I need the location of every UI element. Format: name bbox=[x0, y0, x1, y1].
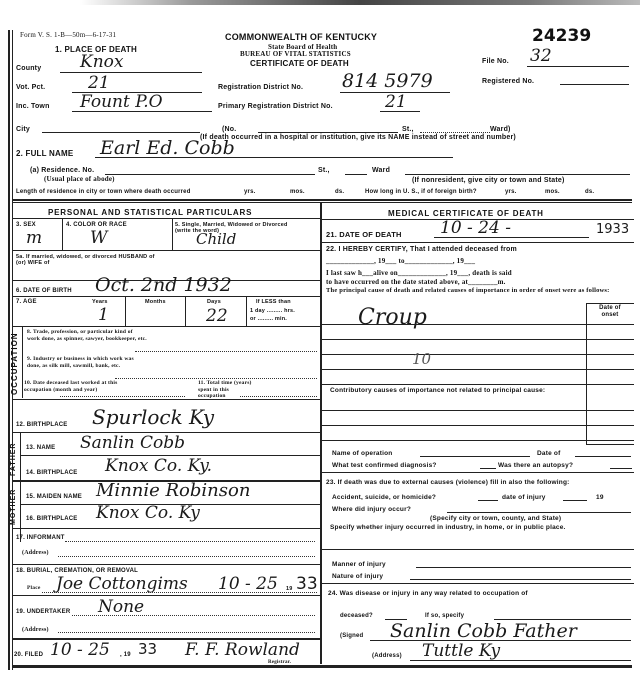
date-of-death-line bbox=[434, 237, 589, 238]
full-name-line bbox=[95, 157, 453, 158]
cause-line-2 bbox=[322, 339, 634, 340]
residence-sub-label: (Usual place of abode) bbox=[44, 175, 115, 183]
last-saw-line: I last saw h___alive on_____________, 19… bbox=[326, 269, 512, 277]
length-mos: mos. bbox=[290, 189, 305, 195]
test-line bbox=[480, 468, 496, 469]
age-divider-2 bbox=[185, 296, 186, 326]
header-certificate-title: CERTIFICATE OF DEATH bbox=[250, 59, 349, 68]
personal-heading: PERSONAL AND STATISTICAL PARTICULARS bbox=[48, 208, 252, 217]
length-yrs: yrs. bbox=[244, 189, 255, 195]
date-of-injury-line bbox=[563, 500, 587, 501]
deceased-label: deceased? bbox=[340, 613, 373, 619]
stamp-number: 24239 bbox=[532, 26, 591, 46]
burial-place-label: Place bbox=[27, 585, 41, 591]
cause-line-4 bbox=[322, 369, 634, 370]
us-mos: mos. bbox=[545, 189, 560, 195]
industry-line bbox=[115, 378, 317, 379]
dob-label: 6. DATE OF BIRTH bbox=[16, 288, 72, 294]
burial-place-value: Joe Cottongims bbox=[56, 574, 188, 594]
signed-label: (Signed bbox=[340, 633, 363, 639]
birthplace-label: 12. BIRTHPLACE bbox=[16, 422, 67, 428]
cause-note: 10 bbox=[412, 350, 431, 368]
manner-of-injury-line bbox=[416, 567, 631, 568]
external-causes-label: 23. If death was due to external causes … bbox=[326, 479, 631, 486]
vot-pct-value: 21 bbox=[88, 73, 110, 93]
principal-cause-label: The principal cause of death and related… bbox=[326, 287, 626, 294]
age-divider-1 bbox=[125, 296, 126, 326]
trade-label: 8. Trade, profession, or particular kind… bbox=[27, 329, 147, 342]
father-side-label: FATHER bbox=[10, 443, 17, 476]
us-ds: ds. bbox=[585, 189, 594, 195]
inc-town-value: Fount P.O bbox=[80, 92, 163, 112]
med-row-line-1 bbox=[322, 242, 634, 243]
mother-birthplace-value: Knox Co. Ky bbox=[96, 503, 200, 523]
registered-no-label: Registered No. bbox=[482, 78, 534, 85]
operation-label: Name of operation bbox=[332, 450, 392, 457]
age-divider-3 bbox=[246, 296, 247, 326]
row-line-4 bbox=[12, 326, 320, 327]
test-label: What test confirmed diagnosis? bbox=[332, 462, 437, 469]
burial-year-value: 33 bbox=[296, 574, 318, 594]
file-no-label: File No. bbox=[482, 58, 509, 65]
contributory-line-2 bbox=[322, 425, 634, 426]
foreign-birth-label: How long in U. S., if of foreign birth? bbox=[365, 189, 477, 195]
less-than-label: If LESS than bbox=[256, 299, 291, 305]
father-birthplace-value: Knox Co. Ky. bbox=[105, 456, 212, 476]
parents-divider bbox=[20, 432, 21, 542]
med-row-line-3 bbox=[322, 549, 634, 550]
undertaker-address-label: (Address) bbox=[22, 627, 49, 633]
manner-of-injury-label: Manner of injury bbox=[332, 561, 386, 568]
med-row-line-2 bbox=[322, 472, 634, 473]
autopsy-line bbox=[610, 468, 632, 469]
where-injury-line bbox=[447, 512, 631, 513]
occurred-line: to have occurred on the date stated abov… bbox=[326, 278, 506, 286]
days-label: Days bbox=[207, 299, 221, 305]
vot-pct-label: Vot. Pct. bbox=[16, 84, 45, 91]
informant-label: 17. INFORMANT bbox=[16, 535, 65, 541]
county-label: County bbox=[16, 65, 41, 72]
contributory-label: Contributory causes of importance not re… bbox=[330, 387, 570, 394]
county-value: Knox bbox=[80, 52, 123, 72]
informant-line bbox=[65, 541, 315, 542]
county-line bbox=[60, 72, 202, 73]
city-label: City bbox=[16, 126, 30, 133]
occupation-divider bbox=[22, 326, 23, 398]
father-name-label: 13. NAME bbox=[26, 445, 55, 451]
informant-address-line bbox=[58, 556, 315, 557]
total-time-line bbox=[240, 396, 317, 397]
from-to-line: _____________, 19___ to_____________, 19… bbox=[326, 257, 475, 265]
header-bureau: BUREAU OF VITAL STATISTICS bbox=[240, 50, 351, 58]
less-than-min: or ......... min. bbox=[250, 316, 287, 322]
informant-address-label: (Address) bbox=[22, 550, 49, 556]
onset-bottom-line bbox=[586, 444, 634, 445]
undertaker-line bbox=[72, 615, 315, 616]
full-name-value: Earl Ed. Cobb bbox=[100, 137, 235, 159]
date-of-death-value: 10 - 24 - bbox=[440, 218, 511, 238]
burial-date-value: 10 - 25 bbox=[218, 574, 278, 594]
signed-value: Sanlin Cobb Father bbox=[390, 620, 577, 642]
accident-line bbox=[478, 500, 498, 501]
autopsy-label: Was there an autopsy? bbox=[498, 462, 573, 469]
personal-heading-line bbox=[12, 218, 320, 219]
center-divider bbox=[320, 202, 322, 664]
mother-side-label: MOTHER bbox=[10, 489, 17, 525]
if-so-label: If so, specify bbox=[425, 613, 464, 619]
occupation-related-label: 24. Was disease or injury in any way rel… bbox=[328, 590, 528, 597]
father-name-value: Sanlin Cobb bbox=[80, 433, 185, 453]
filed-date-value: 10 - 25 bbox=[50, 640, 110, 660]
city-no-line bbox=[258, 132, 398, 133]
less-than-day: 1 day ......... hrs. bbox=[250, 308, 295, 314]
dob-value: Oct. 2nd 1932 bbox=[95, 274, 232, 296]
signed-line bbox=[370, 640, 631, 641]
marital-value: Child bbox=[196, 230, 236, 248]
specify-injury-label: Specify whether injury occurred in indus… bbox=[330, 524, 630, 531]
form-number: Form V. S. 1-B—50m—6-17-31 bbox=[20, 31, 116, 39]
primary-registration-value: 21 bbox=[385, 92, 407, 112]
scan-edge-shadow bbox=[80, 0, 640, 5]
date-of-onset-label: Date of onset bbox=[592, 305, 628, 318]
contributory-line-1 bbox=[322, 410, 634, 411]
signer-address-line bbox=[410, 660, 631, 661]
section-divider-2 bbox=[12, 202, 632, 203]
row-line-5 bbox=[12, 399, 320, 400]
primary-registration-label: Primary Registration District No. bbox=[218, 103, 333, 110]
nature-of-injury-line bbox=[410, 579, 631, 580]
race-value: W bbox=[90, 228, 107, 248]
registration-district-value: 814 5979 bbox=[342, 70, 433, 92]
full-name-label: 2. FULL NAME bbox=[16, 149, 73, 158]
filed-year-prefix: , 19 bbox=[120, 652, 131, 658]
filed-year-value: 33 bbox=[138, 640, 157, 658]
months-label: Months bbox=[145, 299, 166, 305]
sex-value: m bbox=[26, 228, 42, 248]
row-line-1 bbox=[12, 250, 320, 251]
inc-town-label: Inc. Town bbox=[16, 103, 50, 110]
days-value: 22 bbox=[206, 306, 228, 326]
years-value: 1 bbox=[98, 305, 109, 325]
city-st-label: St., bbox=[402, 126, 414, 133]
undertaker-label: 19. UNDERTAKER bbox=[16, 609, 70, 615]
race-divider bbox=[172, 218, 173, 250]
undertaker-address-line bbox=[58, 632, 315, 633]
nature-of-injury-label: Nature of injury bbox=[332, 573, 383, 580]
row-line-12 bbox=[12, 595, 320, 596]
burial-place-line bbox=[42, 592, 317, 593]
residence-line bbox=[105, 174, 315, 175]
residence-st-label: St., bbox=[318, 167, 330, 174]
certify-label: 22. I HEREBY CERTIFY, That I attended de… bbox=[326, 246, 517, 253]
residence-ward-line bbox=[405, 174, 630, 175]
residence-label: (a) Residence. No. bbox=[30, 167, 94, 174]
undertaker-value: None bbox=[98, 597, 144, 617]
mother-maiden-value: Minnie Robinson bbox=[96, 480, 250, 501]
row-line-10 bbox=[12, 528, 320, 529]
accident-label: Accident, suicide, or homicide? bbox=[332, 494, 436, 501]
length-ds: ds. bbox=[335, 189, 344, 195]
date-of-death-year: 1933 bbox=[596, 222, 629, 237]
onset-top-line bbox=[586, 303, 634, 304]
last-worked-label: 10. Date deceased last worked at this oc… bbox=[24, 380, 134, 393]
operation-date-label: Date of bbox=[537, 450, 560, 457]
cause-of-death-value: Croup bbox=[358, 305, 427, 330]
birthplace-value: Spurlock Ky bbox=[92, 405, 214, 429]
row-line-11 bbox=[12, 564, 320, 565]
nonresident-note: (If nonresident, give city or town and S… bbox=[412, 177, 565, 184]
file-no-line bbox=[527, 66, 629, 67]
header-commonwealth: COMMONWEALTH OF KENTUCKY bbox=[225, 32, 377, 42]
father-birthplace-label: 14. BIRTHPLACE bbox=[26, 470, 77, 476]
industry-label: 9. Industry or business in which work wa… bbox=[27, 356, 137, 369]
mother-birthplace-label: 16. BIRTHPLACE bbox=[26, 516, 77, 522]
trade-line bbox=[135, 351, 317, 352]
row-line-3 bbox=[12, 296, 320, 297]
cause-line-1 bbox=[322, 324, 634, 325]
occupation-side-label: OCCUPATION bbox=[10, 332, 19, 395]
bottom-border bbox=[12, 665, 632, 668]
date-of-injury-label: date of injury bbox=[502, 494, 546, 501]
contributory-line-3 bbox=[322, 440, 634, 441]
city-ward-line bbox=[420, 132, 490, 133]
length-of-residence-label: Length of residence in city or town wher… bbox=[16, 189, 191, 195]
primary-registration-line bbox=[380, 111, 420, 112]
spouse-label: 5a. If married, widowed, or divorced HUS… bbox=[16, 254, 156, 266]
age-label: 7. AGE bbox=[16, 299, 37, 305]
operation-line bbox=[420, 456, 530, 457]
residence-ward-label: Ward bbox=[372, 167, 390, 174]
city-ward-label: Ward) bbox=[490, 126, 511, 133]
cause-line-3 bbox=[322, 354, 634, 355]
residence-st-line bbox=[345, 174, 367, 175]
file-no-value: 32 bbox=[530, 46, 552, 66]
inc-town-line bbox=[72, 111, 212, 112]
filed-label: 20. FILED bbox=[14, 652, 43, 658]
us-yrs: yrs. bbox=[505, 189, 516, 195]
where-injury-label: Where did injury occur? bbox=[332, 506, 411, 513]
operation-date-line bbox=[575, 456, 631, 457]
registration-district-label: Registration District No. bbox=[218, 84, 303, 91]
mother-maiden-label: 15. MAIDEN NAME bbox=[26, 494, 82, 500]
med-row-line-4 bbox=[322, 583, 634, 584]
cause-line-5 bbox=[322, 384, 634, 385]
medical-heading: MEDICAL CERTIFICATE OF DEATH bbox=[388, 209, 544, 218]
sex-divider bbox=[62, 218, 63, 250]
registrar-signature: F. F. Rowland bbox=[185, 640, 300, 660]
registered-no-line bbox=[560, 84, 629, 85]
last-worked-line bbox=[60, 396, 185, 397]
city-no-label: (No. bbox=[222, 126, 236, 133]
section-divider bbox=[12, 199, 632, 201]
date-of-death-label: 21. DATE OF DEATH bbox=[326, 230, 402, 239]
injury-year-prefix: 19 bbox=[596, 494, 604, 501]
hospital-note: (If death occurred in a hospital or inst… bbox=[200, 134, 516, 141]
city-line bbox=[42, 132, 200, 133]
where-injury-note: (Specify city or town, county, and State… bbox=[430, 515, 561, 522]
signer-address-label: (Address) bbox=[372, 653, 402, 659]
signer-address-value: Tuttle Ky bbox=[422, 641, 500, 661]
